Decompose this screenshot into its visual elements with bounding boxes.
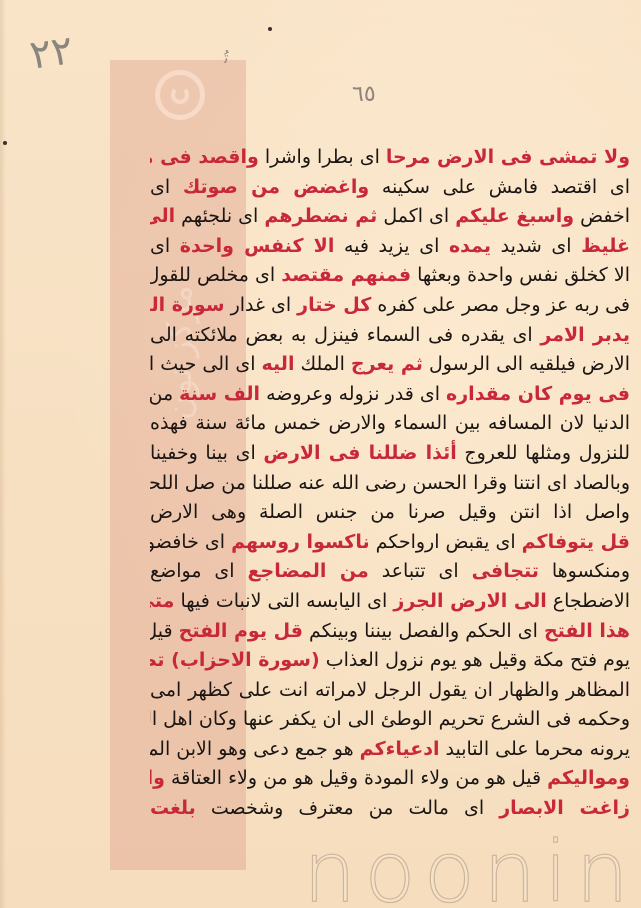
- rubricated-quran-text: أئذا ضللنا فى الارض: [263, 442, 456, 464]
- text-line: للنزول ومثلها للعروج أئذا ضللنا فى الارض…: [150, 439, 630, 469]
- text-line: فى ربه عز وجل مصر على كفره كل ختار اى غد…: [150, 291, 630, 321]
- rubricated-quran-text: غليظ: [581, 235, 630, 257]
- commentary-text: اى يقبض ارواحكم: [370, 531, 522, 553]
- text-line: ومواليكم قيل هو من ولاء المودة وقيل هو م…: [150, 764, 630, 794]
- text-line: قل يتوفاكم اى يقبض ارواحكم ناكسوا روسهم …: [150, 528, 630, 558]
- rubricated-quran-text: واقصد فى مشيك: [150, 146, 259, 168]
- text-line: الا كخلق نفس واحدة وبعثها فمنهم مقتصد اى…: [150, 261, 630, 291]
- commentary-text: ومنكسوها: [539, 560, 630, 582]
- commentary-text: اى الحكم والفصل بيننا وبينكم: [303, 620, 544, 642]
- rubricated-quran-text: هذا الفتح: [544, 620, 630, 642]
- commentary-text: الدنيا لان المسافه بين السماء والارض خمس…: [150, 412, 630, 434]
- rubricated-quran-text: ناكسوا روسهم: [231, 531, 370, 553]
- commentary-text: اى يزيد فيه: [334, 235, 449, 257]
- rubricated-quran-text: الا كنفس واحدة: [180, 235, 335, 257]
- rubricated-quran-text: فى يوم كان مقداره: [446, 383, 630, 405]
- rubricated-quran-text: ادعياءكم: [360, 738, 440, 760]
- commentary-text: اى مخلص للقول: [150, 264, 281, 286]
- text-line: يرونه محرما على التابيد ادعياءكم هو جمع …: [150, 735, 630, 765]
- commentary-text: للنزول ومثلها للعروج: [457, 442, 630, 464]
- rubricated-quran-text: واذ: [150, 767, 165, 789]
- manuscript-text-block: ولا تمشى فى الارض مرحا اى بطرا واشرا واق…: [150, 143, 630, 824]
- rubricated-quran-text: الى عذاب: [150, 205, 175, 227]
- commentary-text: اى شديد: [491, 235, 581, 257]
- commentary-text: اى مالت من معترف وشخصت: [196, 797, 499, 819]
- commentary-text: قيل هو من ولاء المودة وقيل هو من ولاء ال…: [165, 767, 547, 789]
- page-edge: [0, 0, 6, 908]
- rubricated-quran-text: سورة السجدة: [150, 294, 225, 316]
- rubricated-quran-text: واسبغ عليكم: [455, 205, 574, 227]
- commentary-text: اخفض: [574, 205, 630, 227]
- text-line: واصل اذا انتن وقيل صرنا من جنس الصلة وهى…: [150, 498, 630, 528]
- commentary-text: وبالصاد اى انتنا وقرا الحسن رضى الله عنه…: [150, 472, 630, 494]
- rubricated-quran-text: زاغت الابصار: [499, 797, 630, 819]
- text-line: اى اقتصد فامش على سكينه واغضض من صوتك اى: [150, 173, 630, 203]
- commentary-text: اى اقتصد فامش على سكينه: [369, 176, 630, 198]
- rubricated-quran-text: تتجافى: [472, 560, 539, 582]
- rubricated-quran-text: واغضض من صوتك: [183, 176, 369, 198]
- commentary-text: الاضطجاع: [547, 590, 630, 612]
- watermark-logo-icon: [155, 70, 205, 120]
- commentary-text: الملك: [294, 353, 350, 375]
- text-line: المظاهر والظهار ان يقول الرجل لامراته ان…: [150, 676, 630, 706]
- rubricated-quran-text: ثم نضطرهم: [264, 205, 377, 227]
- text-line: يدبر الامر اى يقدره فى السماء فينزل به ب…: [150, 321, 630, 351]
- commentary-text: اى نلجئهم: [175, 205, 264, 227]
- text-line: الارض فيلقيه الى الرسول ثم يعرج الملك ال…: [150, 350, 630, 380]
- manuscript-page: ٢٢ ﺗُ ٦٥ مركز نون ولا تمشى فى الارض مرحا…: [0, 0, 641, 908]
- commentary-text: يرونه محرما على التابيد: [439, 738, 630, 760]
- text-line: ومنكسوها تتجافى اى تتباعد من المضاجع اى …: [150, 557, 630, 587]
- text-line: وبالصاد اى انتنا وقرا الحسن رضى الله عنه…: [150, 469, 630, 499]
- commentary-text: المظاهر والظهار ان يقول الرجل لامراته ان…: [150, 679, 630, 701]
- text-line: زاغت الابصار اى مالت من معترف وشخصت بلغت: [150, 794, 630, 824]
- commentary-text: اى تتباعد: [369, 560, 472, 582]
- commentary-text: هو جمع دعى وهو الابن المتبنا: [150, 738, 360, 760]
- text-line: الاضطجاع الى الارض الجرز اى اليابسه التى…: [150, 587, 630, 617]
- rubricated-quran-text: ولا تمشى فى الارض مرحا: [386, 146, 630, 168]
- commentary-text: يوم فتح مكة وقيل هو يوم نزول العذاب: [320, 649, 630, 671]
- commentary-text: قيل هو: [150, 620, 179, 642]
- commentary-text: واصل اذا انتن وقيل صرنا من جنس الصلة وهى…: [150, 501, 630, 523]
- commentary-text: اى يقدره فى السماء فينزل به بعض ملائكته …: [150, 324, 540, 346]
- commentary-text: اى مواضع: [150, 560, 248, 582]
- commentary-text: فى ربه عز وجل مصر على كفره: [371, 294, 630, 316]
- folio-number: ٢٢: [27, 27, 76, 79]
- rubricated-quran-text: كل ختار: [297, 294, 371, 316]
- rubricated-quran-text: بلغت: [150, 797, 196, 819]
- page-number: ٦٥: [352, 82, 376, 107]
- rubricated-quran-text: اليه: [262, 353, 295, 375]
- rubricated-quran-text: ومواليكم: [547, 767, 630, 789]
- rubricated-quran-text: (سورة الاحزاب) تظاهرون: [150, 649, 320, 671]
- rubricated-quran-text: ثم يعرج: [351, 353, 423, 375]
- watermark-text: noonins: [303, 830, 641, 908]
- rubricated-quran-text: قل يتوفاكم: [522, 531, 630, 553]
- text-line: وحكمه فى الشرع تحريم الوطئ الى ان يكفر ع…: [150, 705, 630, 735]
- rubricated-quran-text: متى: [150, 590, 174, 612]
- rubricated-quran-text: يدبر الامر: [540, 324, 630, 346]
- commentary-text: الارض فيلقيه الى الرسول: [423, 353, 630, 375]
- text-line: غليظ اى شديد يمده اى يزيد فيه الا كنفس و…: [150, 232, 630, 262]
- commentary-text: اى اليابسه التى لانبات فيها: [174, 590, 393, 612]
- commentary-text: اى: [150, 235, 180, 257]
- text-line: اخفض واسبغ عليكم اى اكمل ثم نضطرهم اى نل…: [150, 202, 630, 232]
- commentary-text: اى غدار: [225, 294, 298, 316]
- text-line: الدنيا لان المسافه بين السماء والارض خمس…: [150, 409, 630, 439]
- commentary-text: من ايام: [150, 383, 179, 405]
- text-line: ولا تمشى فى الارض مرحا اى بطرا واشرا واق…: [150, 143, 630, 173]
- rubricated-quran-text: قل يوم الفتح: [179, 620, 303, 642]
- ink-dot: [3, 141, 7, 145]
- text-line: فى يوم كان مقداره اى قدر نزوله وعروضه ال…: [150, 380, 630, 410]
- rubricated-quran-text: الف سنة: [179, 383, 260, 405]
- rubricated-quran-text: يمده: [449, 235, 491, 257]
- rubricated-quran-text: فمنهم مقتصد: [281, 264, 411, 286]
- commentary-text: اى خافضوها: [150, 531, 231, 553]
- commentary-text: اى الى حيث امر: [150, 353, 262, 375]
- commentary-text: الا كخلق نفس واحدة وبعثها: [411, 264, 630, 286]
- rubricated-quran-text: من المضاجع: [248, 560, 369, 582]
- commentary-text: اى قدر نزوله وعروضه: [260, 383, 446, 405]
- text-line: هذا الفتح اى الحكم والفصل بيننا وبينكم ق…: [150, 617, 630, 647]
- text-line: يوم فتح مكة وقيل هو يوم نزول العذاب (سور…: [150, 646, 630, 676]
- commentary-text: اى اكمل: [377, 205, 455, 227]
- ink-dot: [268, 27, 272, 31]
- rubricated-quran-text: الى الارض الجرز: [393, 590, 546, 612]
- commentary-text: اى بطرا واشرا: [259, 146, 386, 168]
- commentary-text: وحكمه فى الشرع تحريم الوطئ الى ان يكفر ع…: [150, 708, 630, 730]
- commentary-text: اى: [150, 176, 183, 198]
- commentary-text: اى بينا وخفينا: [150, 442, 263, 464]
